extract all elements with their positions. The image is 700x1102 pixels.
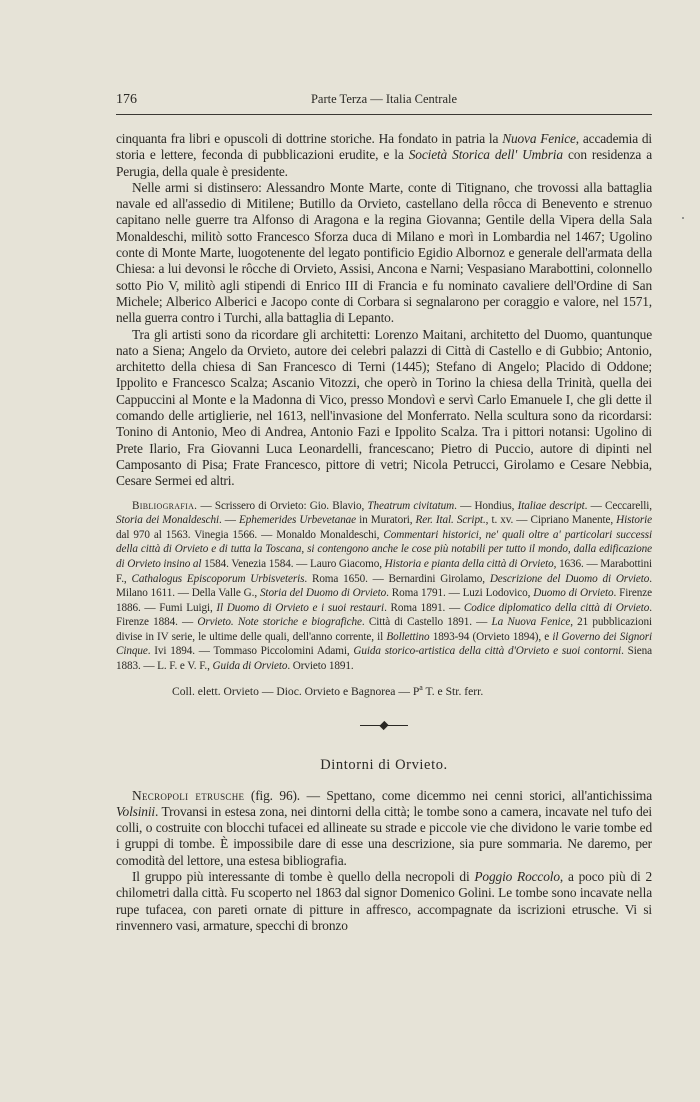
section-text: Necropoli etrusche (fig. 96). — Spettano… (116, 788, 652, 935)
italic-title: Nuova Fenice (502, 131, 576, 146)
italic-title: Codice diplomatico della città di Orviet… (464, 602, 649, 614)
paragraph-poggio-roccolo: Il gruppo più interessante di tombe è qu… (116, 869, 652, 934)
italic-title: Società Storica dell' Umbria (409, 147, 563, 162)
text-run: Il gruppo più interessante di tombe è qu… (132, 869, 474, 884)
italic-title: Il Duomo di Orvieto e i suoi restauri (216, 602, 384, 614)
text-run: . Orvieto 1891. (287, 660, 353, 672)
paragraph-military: Nelle armi si distinsero: Alessandro Mon… (116, 180, 652, 327)
electoral-college-line: Coll. elett. Orvieto — Dioc. Orvieto e B… (116, 680, 652, 699)
divider-diamond-icon (379, 720, 388, 729)
paragraph-continued: cinquanta fra libri e opuscoli di dottri… (116, 131, 652, 180)
italic-title: Theatrum civitatum (367, 500, 454, 512)
italic-title: Italiae descript (518, 500, 585, 512)
italic-title: Guida storico-artistica della città d'Or… (353, 645, 621, 657)
text-run: Coll. elett. Orvieto — Dioc. Orvieto e B… (172, 685, 419, 698)
text-run: in Muratori, (356, 514, 415, 526)
ornamental-divider (360, 721, 408, 731)
italic-title: Historie (616, 514, 652, 526)
italic-title: Rer. Ital. Script. (416, 514, 486, 526)
text-run: . — Hondius, (454, 500, 518, 512)
paragraph-artists: Tra gli artisti sono da ricordare gli ar… (116, 327, 652, 490)
section-lead-label: Necropoli etrusche (132, 788, 244, 803)
italic-title: Storia del Duomo di Orvieto (260, 587, 386, 599)
text-run: . Roma 1791. — Luzi Lodovico, (386, 587, 533, 599)
bibliography: Bibliografia. — Scrissero di Orvieto: Gi… (116, 499, 652, 674)
text-run: T. e Str. ferr. (423, 685, 483, 698)
running-title: Parte Terza — Italia Centrale (116, 92, 652, 107)
text-run: — Scrissero di Orvieto: Gio. Blavio, (197, 500, 367, 512)
italic-title: Orvieto. Note storiche e biografiche (197, 616, 362, 628)
section-title: Dintorni di Orvieto. (116, 757, 652, 774)
text-run: . Trovansi in estesa zona, nei dintorni … (116, 804, 652, 868)
italic-title: Storia dei Monaldeschi (116, 514, 219, 526)
running-head: 176 Parte Terza — Italia Centrale (116, 92, 652, 110)
text-run: dal 970 al 1563. Vinegia 1566. — Monaldo… (116, 529, 383, 541)
text-run: , t. xv. — Cipriano Manente, (486, 514, 616, 526)
italic-title: Duomo di Orvieto (533, 587, 613, 599)
italic-title: Guida di Orvieto (213, 660, 288, 672)
italic-name: Volsinii (116, 804, 155, 819)
italic-title: Descrizione del Duomo di Orvieto (490, 573, 649, 585)
italic-title: Ephemerides Urbevetanae (239, 514, 356, 526)
bibliography-paragraph: Bibliografia. — Scrissero di Orvieto: Gi… (116, 499, 652, 674)
text-run: 1893-94 (Orvieto 1894), e (430, 631, 553, 643)
text-run: . Città di Castello 1891. — (362, 616, 492, 628)
text-run: . — Ceccarelli, (585, 500, 652, 512)
text-run: . Roma 1891. — (384, 602, 464, 614)
italic-name: Poggio Roccolo (474, 869, 559, 884)
italic-title: La Nuova Fenice (492, 616, 571, 628)
text-run: . — (219, 514, 239, 526)
paragraph-necropoli: Necropoli etrusche (fig. 96). — Spettano… (116, 788, 652, 869)
margin-speck (682, 217, 684, 219)
italic-title: Cathalogus Episcoporum Urbisveteris (131, 573, 304, 585)
book-page: 176 Parte Terza — Italia Centrale cinqua… (116, 92, 652, 934)
text-run: . Ivi 1894. — Tommaso Piccolomini Adami, (148, 645, 354, 657)
text-run: 1584. Venezia 1584. — Lauro Giacomo, (201, 558, 384, 570)
italic-title: Bollettino (386, 631, 429, 643)
italic-title: Historia e pianta della città di Orvieto (385, 558, 554, 570)
text-run: cinquanta fra libri e opuscoli di dottri… (116, 131, 502, 146)
text-run: . Roma 1650. — Bernardini Girolamo, (304, 573, 489, 585)
bibliography-label: Bibliografia. (132, 500, 197, 512)
main-text: cinquanta fra libri e opuscoli di dottri… (116, 131, 652, 490)
header-rule (116, 114, 652, 115)
text-run: (fig. 96). — Spettano, come dicemmo nei … (244, 788, 652, 803)
